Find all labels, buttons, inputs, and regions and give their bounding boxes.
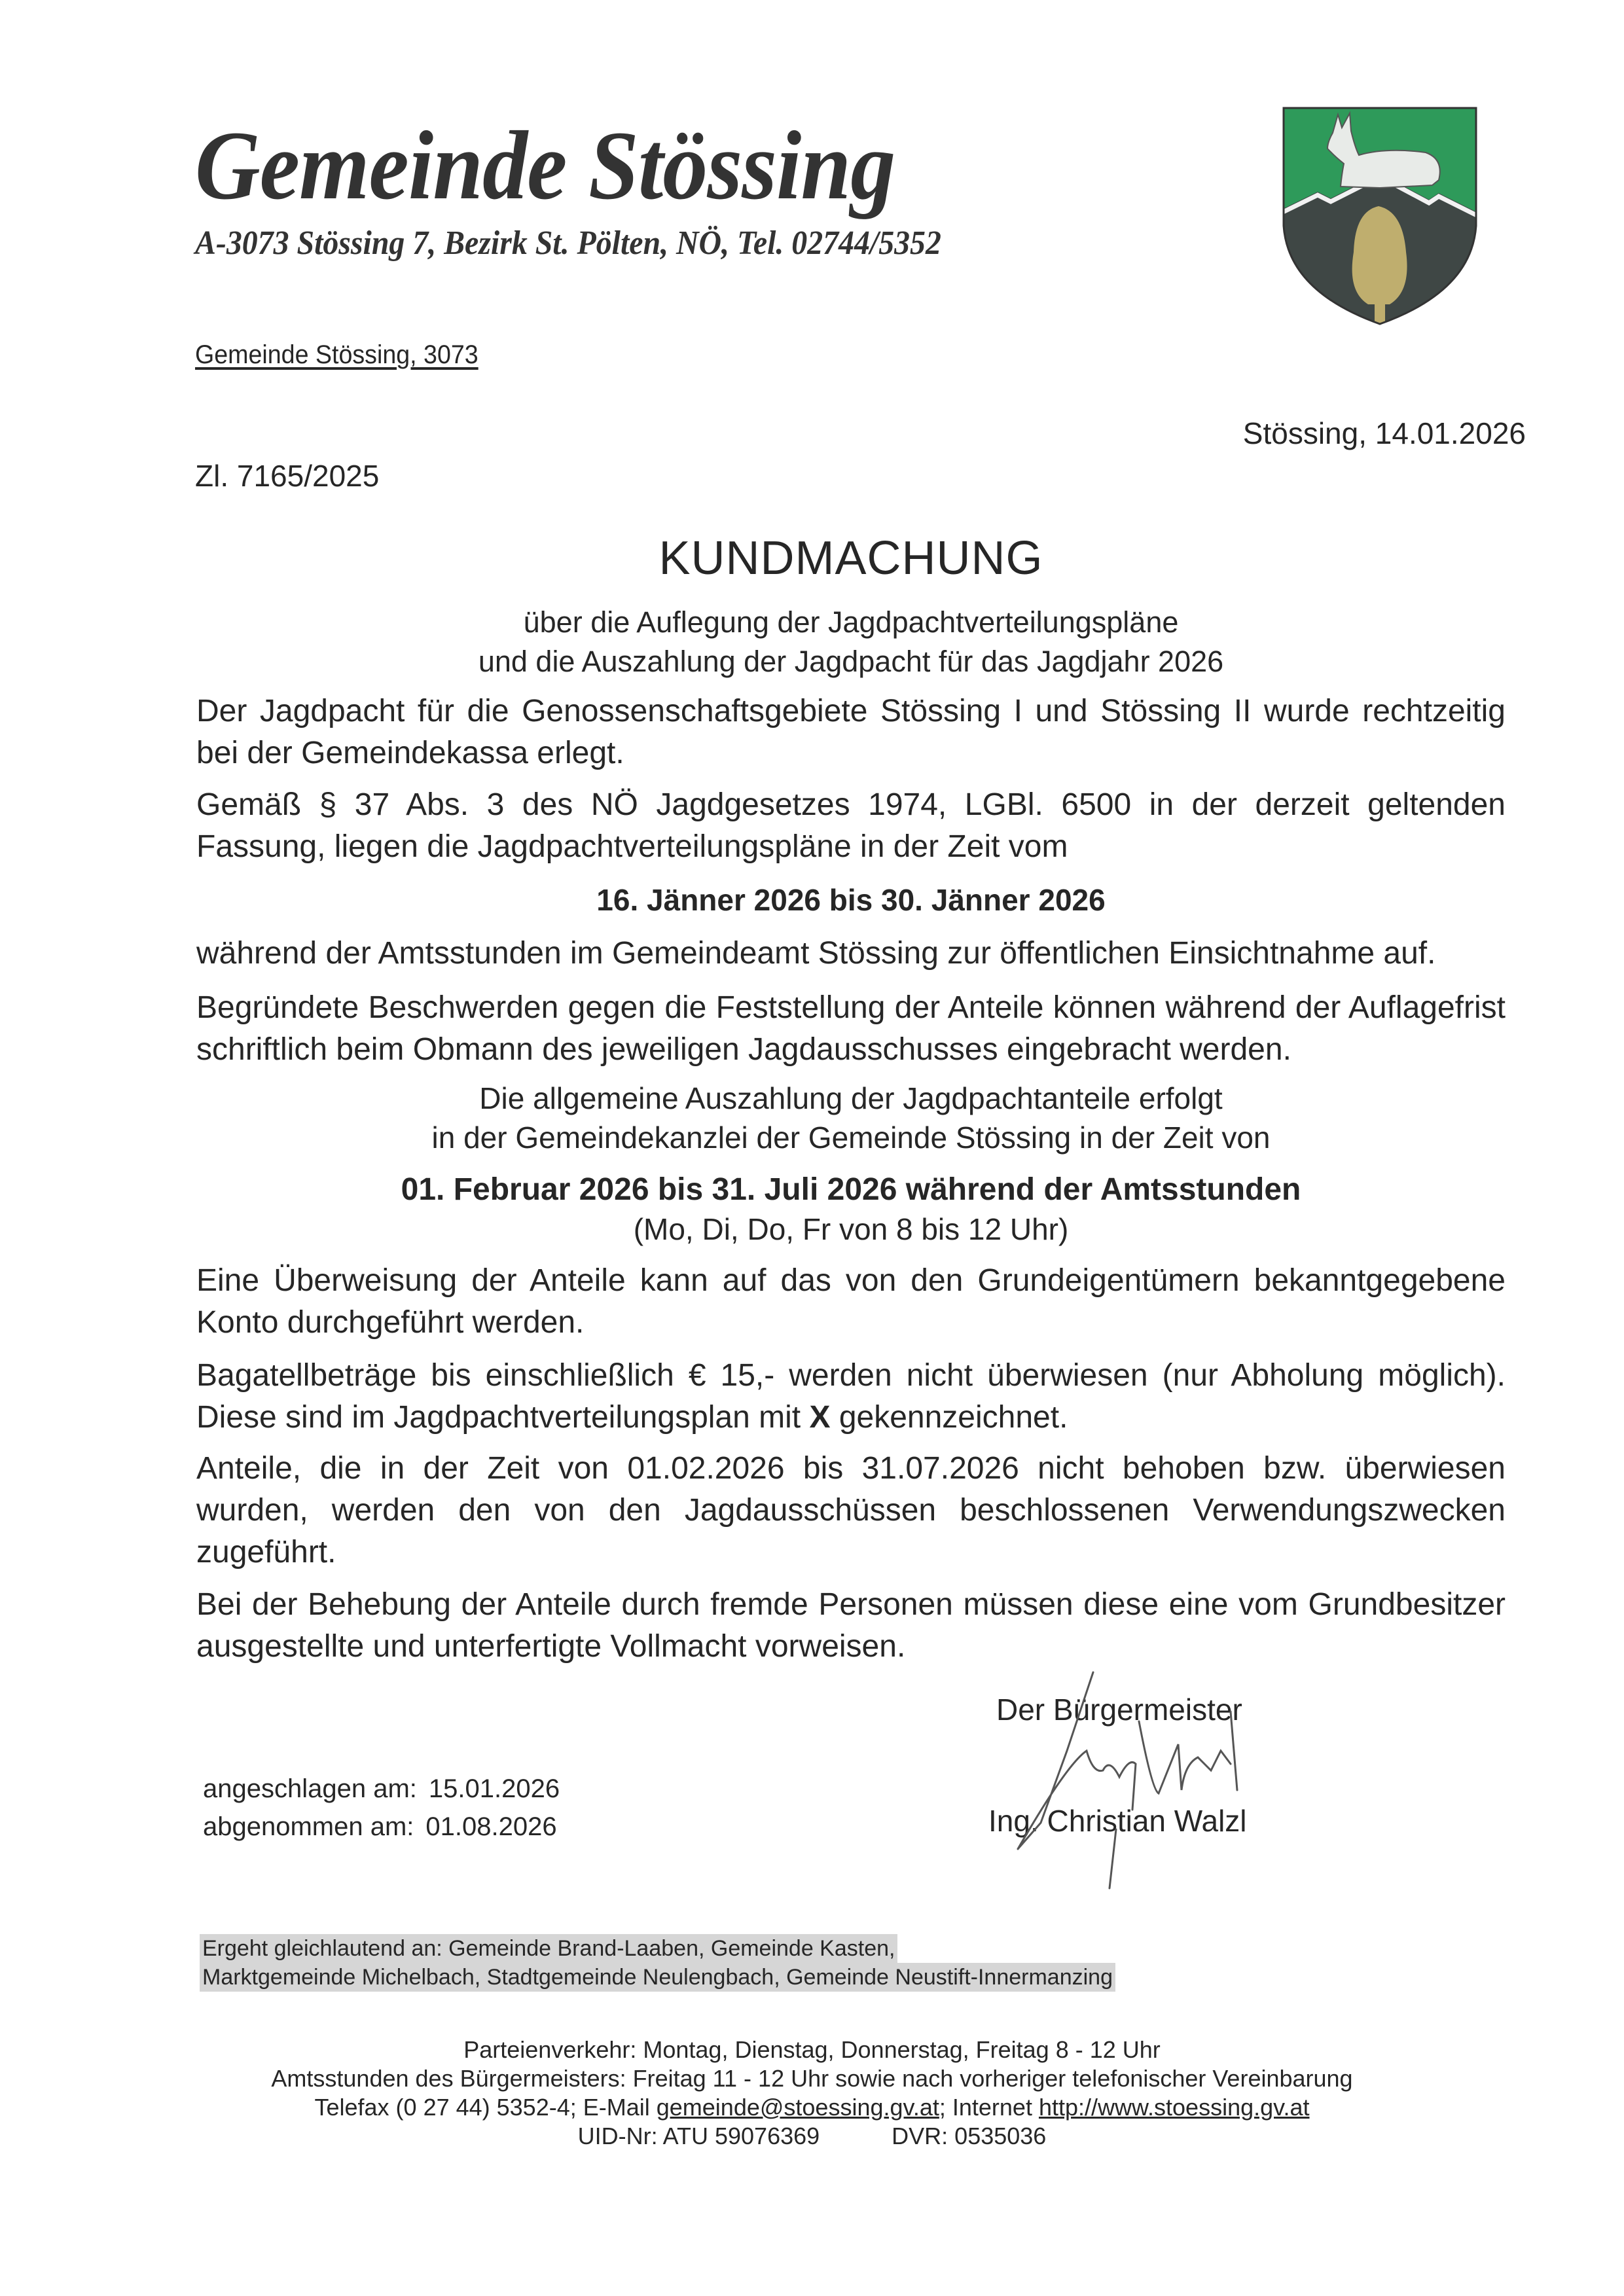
- dvr-number: DVR: 0535036: [892, 2123, 1046, 2149]
- payout-line-1: Die allgemeine Auszahlung der Jagdpachta…: [0, 1079, 1624, 1118]
- payout-period: 01. Februar 2026 bis 31. Juli 2026 währe…: [0, 1170, 1624, 1210]
- sender-address-line: Gemeinde Stössing, 3073: [195, 340, 478, 370]
- subtitle-line-1: über die Auflegung der Jagdpachtverteilu…: [0, 605, 1624, 639]
- fax-number: Telefax (0 27 44) 5352-4; E-Mail: [314, 2094, 656, 2121]
- mayor-hours: Amtsstunden des Bürgermeisters: Freitag …: [0, 2064, 1624, 2093]
- removed-value: 01.08.2026: [425, 1808, 556, 1845]
- small-amounts-mark: X: [809, 1400, 830, 1435]
- internet-label: ; Internet: [939, 2094, 1039, 2121]
- coat-of-arms-icon: [1282, 101, 1478, 327]
- subtitle-line-2: und die Auszahlung der Jagdpacht für das…: [0, 645, 1624, 679]
- email-link[interactable]: gemeinde@stoessing.gv.at: [657, 2094, 939, 2121]
- document-title: KUNDMACHUNG: [0, 531, 1624, 585]
- payout-line-2: in der Gemeindekanzlei der Gemeinde Stös…: [0, 1118, 1624, 1157]
- paragraph-power-of-attorney: Bei der Behebung der Anteile durch fremd…: [196, 1584, 1506, 1668]
- removed-label: abgenommen am:: [203, 1812, 414, 1841]
- distribution-list: Ergeht gleichlautend an: Gemeinde Brand-…: [200, 1934, 1115, 1992]
- handwritten-signature-icon: [988, 1659, 1381, 1908]
- paragraph-legal-basis: Gemäß § 37 Abs. 3 des NÖ Jagdgesetzes 19…: [196, 784, 1506, 868]
- paragraph-small-amounts: Bagatellbeträge bis einschließlich € 15,…: [196, 1355, 1506, 1439]
- paragraph-lease-deposited: Der Jagdpacht für die Genossenschaftsgeb…: [196, 691, 1506, 774]
- posted-date-row: angeschlagen am:15.01.2026: [203, 1770, 560, 1807]
- footer: Parteienverkehr: Montag, Dienstag, Donne…: [0, 2036, 1624, 2151]
- registration-line: UID-Nr: ATU 59076369DVR: 0535036: [0, 2122, 1624, 2151]
- document-date: Stössing, 14.01.2026: [1243, 416, 1526, 451]
- distribution-line-1: Ergeht gleichlautend an: Gemeinde Brand-…: [200, 1934, 897, 1963]
- distribution-line-2: Marktgemeinde Michelbach, Stadtgemeinde …: [200, 1963, 1115, 1992]
- website-link[interactable]: http://www.stoessing.gv.at: [1039, 2094, 1310, 2121]
- municipality-name: Gemeinde Stössing: [195, 117, 895, 215]
- paragraph-complaints: Begründete Beschwerden gegen die Festste…: [196, 987, 1506, 1071]
- contact-line: Telefax (0 27 44) 5352-4; E-Mail gemeind…: [0, 2093, 1624, 2122]
- paragraph-unclaimed-shares: Anteile, die in der Zeit von 01.02.2026 …: [196, 1448, 1506, 1573]
- municipality-address: A-3073 Stössing 7, Bezirk St. Pölten, NÖ…: [195, 224, 941, 262]
- posted-label: angeschlagen am:: [203, 1774, 417, 1803]
- paragraph-public-inspection: während der Amtsstunden im Gemeindeamt S…: [196, 933, 1506, 975]
- uid-number: UID-Nr: ATU 59076369: [578, 2123, 820, 2149]
- office-hours: Parteienverkehr: Montag, Dienstag, Donne…: [0, 2036, 1624, 2064]
- signature-block: Der Bürgermeister Ing. Christian Walzl: [988, 1685, 1381, 1882]
- removed-date-row: abgenommen am:01.08.2026: [203, 1808, 557, 1845]
- inspection-period: 16. Jänner 2026 bis 30. Jänner 2026: [0, 880, 1624, 920]
- payout-hours: (Mo, Di, Do, Fr von 8 bis 12 Uhr): [0, 1210, 1624, 1249]
- small-amounts-text-end: gekennzeichnet.: [830, 1400, 1068, 1435]
- posted-value: 15.01.2026: [429, 1770, 560, 1807]
- reference-number: Zl. 7165/2025: [195, 458, 379, 493]
- paragraph-bank-transfer: Eine Überweisung der Anteile kann auf da…: [196, 1260, 1506, 1344]
